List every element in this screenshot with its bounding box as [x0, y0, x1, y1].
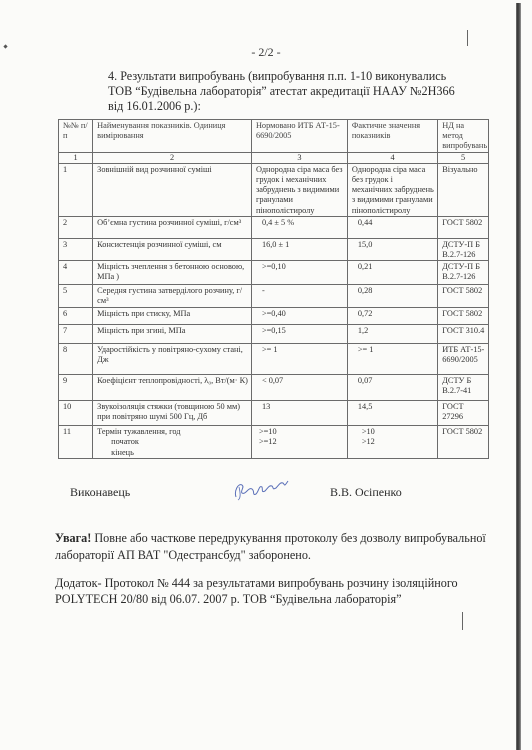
- cell-name: Термін тужавлення, годпочатоккінець: [93, 426, 252, 459]
- cell-norm: -: [251, 285, 347, 308]
- cell-name: Зовнішній вид розчинної суміші: [93, 163, 252, 216]
- cell-method: ГОСТ 5802: [438, 216, 489, 238]
- header-method: НД на метод випробувань: [438, 120, 489, 153]
- cell-name: Об’ємна густина розчинної суміші, г/см³: [93, 216, 252, 238]
- table-row: 3Консистенція розчинної суміші, см16,0 ±…: [59, 238, 489, 260]
- table-row: 10Звукоізоляція стяжки (товщиною 50 мм) …: [59, 401, 489, 426]
- cell-name-sub: початок: [97, 437, 248, 447]
- results-table: №№ п/п Найменування показників. Одиниця …: [58, 119, 489, 459]
- cell-no: 7: [59, 325, 93, 344]
- table-row: 8Ударостійкість у повітряно-сухому стані…: [59, 344, 489, 375]
- cell-no: 11: [59, 426, 93, 459]
- cell-method: ГОСТ 5802: [438, 285, 489, 308]
- cell-method: ГОСТ 5802: [438, 426, 489, 459]
- cell-method: ГОСТ 5802: [438, 308, 489, 325]
- cell-method: ДСТУ Б В.2.7-41: [438, 375, 489, 401]
- cell-no: 4: [59, 261, 93, 285]
- header-norm: Нормовано ИТБ АТ-15-6690/2005: [251, 120, 347, 153]
- cell-norm: >=0,10: [251, 261, 347, 285]
- handwritten-signature: [232, 473, 292, 503]
- cell-norm: < 0,07: [251, 375, 347, 401]
- cell-method: ДСТУ-П Б В.2.7-126: [438, 238, 489, 260]
- cell-norm: >= 1: [251, 344, 347, 375]
- cell-actual: 0,44: [347, 216, 437, 238]
- cell-actual-value: >10: [352, 427, 434, 437]
- cell-norm: >=0,40: [251, 308, 347, 325]
- cell-no: 2: [59, 216, 93, 238]
- cell-no: 10: [59, 401, 93, 426]
- cell-name: Середня густина затверділого розчину, г/…: [93, 285, 252, 308]
- page-number: - 2/2 -: [0, 45, 532, 60]
- cell-name: Міцність зчеплення з бетонною основою, М…: [93, 261, 252, 285]
- cell-method: ГОСТ 310.4: [438, 325, 489, 344]
- header-no: №№ п/п: [59, 120, 93, 153]
- cell-method: ДСТУ-П Б В.2.7-126: [438, 261, 489, 285]
- cell-norm: Однородна сіра маса без грудок і механіч…: [251, 163, 347, 216]
- header-actual: Фактичне значення показників: [347, 120, 437, 153]
- appendix-line: Додаток- Протокол № 444 за результатами …: [55, 575, 525, 591]
- cell-norm: 13: [251, 401, 347, 426]
- cell-actual-value: >12: [352, 437, 434, 447]
- cell-name-title: Термін тужавлення, год: [97, 427, 248, 437]
- cell-method: Візуально: [438, 163, 489, 216]
- appendix-note: Додаток- Протокол № 444 за результатами …: [55, 575, 525, 607]
- cell-name-sub: кінець: [97, 448, 248, 458]
- table-row: 11Термін тужавлення, годпочатоккінець>=1…: [59, 426, 489, 459]
- cell-norm-value: >=10: [256, 427, 344, 437]
- cell-actual: >10>12: [347, 426, 437, 459]
- cell-no: 8: [59, 344, 93, 375]
- cell-no: 9: [59, 375, 93, 401]
- cell-name: Консистенція розчинної суміші, см: [93, 238, 252, 260]
- cell-actual: Однородна сіра маса без грудок і механіч…: [347, 163, 437, 216]
- cell-method: ГОСТ 27296: [438, 401, 489, 426]
- intro-line: 4. Результати випробувань (випробування …: [108, 69, 498, 84]
- scan-edge-bar: [516, 3, 521, 750]
- cell-actual: 15,0: [347, 238, 437, 260]
- table-row: 6Міцність при стиску, МПа>=0,400,72ГОСТ …: [59, 308, 489, 325]
- table-row: 1Зовнішній вид розчинної сумішіОднородна…: [59, 163, 489, 216]
- cell-name: Звукоізоляція стяжки (товщиною 50 мм) пр…: [93, 401, 252, 426]
- scan-mark-bottom: [462, 612, 463, 630]
- table-row: 2Об’ємна густина розчинної суміші, г/см³…: [59, 216, 489, 238]
- header-name: Найменування показників. Одиниця вимірюв…: [93, 120, 252, 153]
- cell-actual: 0,28: [347, 285, 437, 308]
- column-number: 1: [59, 152, 93, 163]
- cell-actual: >= 1: [347, 344, 437, 375]
- table-header-row: №№ п/п Найменування показників. Одиниця …: [59, 120, 489, 153]
- cell-actual: 1,2: [347, 325, 437, 344]
- cell-no: 6: [59, 308, 93, 325]
- cell-actual: 14,5: [347, 401, 437, 426]
- cell-actual: 0,07: [347, 375, 437, 401]
- cell-norm: 16,0 ± 1: [251, 238, 347, 260]
- warning-notice: Увага! Повне або часткове передрукування…: [55, 530, 515, 564]
- cell-norm-value: >=12: [256, 437, 344, 447]
- signer-name: В.В. Осіпенко: [330, 485, 402, 500]
- cell-actual: 0,21: [347, 261, 437, 285]
- cell-norm: 0,4 ± 5 %: [251, 216, 347, 238]
- intro-line: від 16.01.2006 р.):: [108, 99, 498, 114]
- warning-label: Увага!: [55, 531, 91, 545]
- cell-no: 3: [59, 238, 93, 260]
- cell-name: Міцність при згині, МПа: [93, 325, 252, 344]
- cell-name: Ударостійкість у повітряно-сухому стані,…: [93, 344, 252, 375]
- column-number: 4: [347, 152, 437, 163]
- cell-norm: >=10>=12: [251, 426, 347, 459]
- table-row: 7Міцність при згині, МПа>=0,151,2ГОСТ 31…: [59, 325, 489, 344]
- signer-role: Виконавець: [70, 485, 130, 500]
- table-row: 9Коефіцієнт теплопровідності, λ₀, Вт/(м·…: [59, 375, 489, 401]
- cell-name: Коефіцієнт теплопровідності, λ₀, Вт/(м· …: [93, 375, 252, 401]
- section-intro: 4. Результати випробувань (випробування …: [108, 69, 498, 114]
- cell-no: 5: [59, 285, 93, 308]
- column-number: 2: [93, 152, 252, 163]
- column-number-row: 1 2 3 4 5: [59, 152, 489, 163]
- cell-actual: 0,72: [347, 308, 437, 325]
- column-number: 5: [438, 152, 489, 163]
- cell-name: Міцність при стиску, МПа: [93, 308, 252, 325]
- intro-line: ТОВ “Будівельна лабораторія” атестат акр…: [108, 84, 498, 99]
- cell-no: 1: [59, 163, 93, 216]
- cell-method: ИТБ АТ-15-6690/2005: [438, 344, 489, 375]
- cell-norm: >=0,15: [251, 325, 347, 344]
- table-row: 4Міцність зчеплення з бетонною основою, …: [59, 261, 489, 285]
- column-number: 3: [251, 152, 347, 163]
- table-row: 5Середня густина затверділого розчину, г…: [59, 285, 489, 308]
- warning-text: Повне або часткове передрукування проток…: [55, 531, 486, 562]
- scan-mark-top: [467, 30, 468, 46]
- appendix-line: POLYTECH 20/80 від 06.07. 2007 р. ТОВ “Б…: [55, 591, 525, 607]
